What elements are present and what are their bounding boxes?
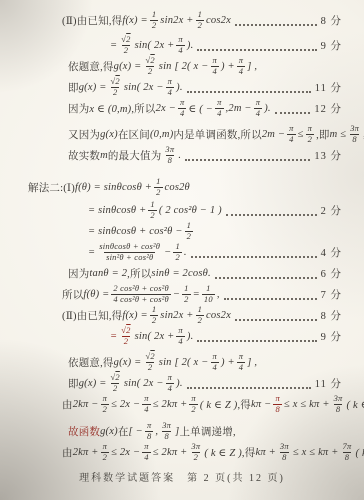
math-segment: ) + bbox=[221, 61, 235, 72]
fraction: 12 bbox=[154, 177, 162, 198]
fraction-denominator: 2 bbox=[150, 315, 158, 326]
fraction: √22 bbox=[109, 77, 122, 98]
text-segment: 因为 bbox=[68, 266, 89, 281]
math-segment: kπ + bbox=[255, 447, 275, 458]
fraction-denominator: 4 bbox=[211, 66, 219, 77]
dot-leader bbox=[191, 256, 317, 258]
score-label: 9 分 bbox=[321, 38, 342, 53]
fraction: π4 bbox=[176, 326, 184, 347]
math-segment: tanθ = 2 bbox=[89, 268, 127, 279]
fraction: √22 bbox=[119, 35, 132, 56]
document-page: (Ⅱ)由已知,得 f(x) = 12sin2x + 12cos2x 8 分= √… bbox=[0, 0, 364, 500]
math-segment: sin( 2x − bbox=[124, 378, 164, 389]
fraction-numerator: π bbox=[306, 124, 314, 134]
math-segment: ( k ∈ Z ) bbox=[355, 447, 364, 459]
fraction-denominator: 2 bbox=[182, 294, 190, 305]
fraction: √22 bbox=[109, 373, 122, 394]
dot-leader bbox=[224, 298, 317, 300]
fraction-numerator: √2 bbox=[119, 35, 132, 45]
fraction-denominator: 4 bbox=[215, 108, 223, 119]
answer-line: 依题意,得 g(x) = √22sin [ 2( x − π4) + π4] , bbox=[0, 56, 364, 77]
math-segment: [ − bbox=[129, 426, 143, 437]
dot-leader bbox=[187, 387, 311, 389]
fraction-numerator: 3π bbox=[348, 124, 361, 134]
fraction: 3π8 bbox=[332, 394, 345, 415]
score-label: 4 分 bbox=[321, 245, 342, 260]
math-segment: sin( 2x + bbox=[135, 40, 175, 51]
fraction-denominator: 8 bbox=[162, 431, 170, 442]
text-segment: 上单调递增, bbox=[179, 424, 235, 439]
math-segment: ≤ bbox=[298, 129, 304, 140]
fraction-denominator: 2 bbox=[189, 404, 197, 415]
dot-leader bbox=[235, 319, 317, 321]
fraction-numerator: π bbox=[101, 394, 109, 404]
fraction: π8 bbox=[273, 394, 281, 415]
math-segment: g(x) = bbox=[79, 378, 107, 389]
fraction-numerator: π bbox=[211, 352, 219, 362]
math-segment: ). bbox=[187, 40, 194, 51]
text-segment: 依题意,得 bbox=[68, 59, 114, 74]
math-segment: = bbox=[110, 331, 117, 342]
fraction-numerator: π bbox=[237, 56, 245, 66]
fraction-numerator: 2 cos²θ + cos²θ bbox=[111, 284, 170, 294]
fraction: π2 bbox=[101, 442, 109, 463]
fraction: π4 bbox=[178, 98, 186, 119]
score-label: 8 分 bbox=[321, 308, 342, 323]
fraction-denominator: 2 bbox=[196, 20, 204, 31]
score-label: 9 分 bbox=[321, 329, 342, 344]
fraction-numerator: √2 bbox=[109, 373, 122, 383]
score-label: 11 分 bbox=[315, 376, 342, 391]
dot-leader bbox=[226, 214, 317, 216]
text-segment: (Ⅱ)由已知,得 bbox=[62, 308, 122, 323]
fraction: sinθcosθ + cos²θsin²θ + cos²θ bbox=[97, 242, 162, 263]
fraction-numerator: π bbox=[237, 352, 245, 362]
fraction: π4 bbox=[166, 373, 174, 394]
math-segment: ≤ 2x − bbox=[111, 447, 140, 458]
fraction-denominator: 8 bbox=[343, 452, 351, 463]
math-segment: = bbox=[110, 40, 117, 51]
fraction-numerator: 1 bbox=[196, 10, 204, 20]
text-segment: 在区间 bbox=[118, 127, 150, 142]
math-segment: ≤ 2x − bbox=[111, 399, 140, 410]
score-label: 11 分 bbox=[315, 80, 342, 95]
fraction: √22 bbox=[143, 56, 156, 77]
text-segment: 依题意,得 bbox=[68, 355, 114, 370]
fraction-numerator: 1 bbox=[150, 10, 158, 20]
text-segment: 因为 bbox=[68, 101, 89, 116]
math-segment: ≤ 2kπ + bbox=[153, 447, 188, 458]
fraction: 12 bbox=[150, 10, 158, 31]
math-segment: , bbox=[217, 289, 220, 300]
fraction-denominator: 2 bbox=[306, 134, 314, 145]
dot-leader bbox=[197, 340, 316, 342]
fraction-numerator: π bbox=[166, 373, 174, 383]
text-segment: 故实数 bbox=[68, 148, 100, 163]
answer-line: 即 g(x) = √22sin( 2x − π4).11 分 bbox=[0, 373, 364, 394]
fraction-denominator: 4 bbox=[142, 404, 150, 415]
score-label: 6 分 bbox=[321, 266, 342, 281]
fraction-numerator: π bbox=[101, 442, 109, 452]
fraction: 3π8 bbox=[160, 421, 173, 442]
math-segment: sin( 2x + bbox=[135, 331, 175, 342]
math-segment: ). bbox=[187, 331, 194, 342]
dot-leader bbox=[235, 24, 317, 26]
fraction-numerator: π bbox=[145, 421, 153, 431]
fraction: 3π8 bbox=[348, 124, 361, 145]
math-segment: sin2x + bbox=[160, 15, 193, 26]
fraction: π4 bbox=[166, 77, 174, 98]
math-segment: x ∈ (0,m) bbox=[89, 103, 131, 115]
text-segment: ,所以 bbox=[127, 266, 151, 281]
fraction-numerator: sinθcosθ + cos²θ bbox=[97, 242, 162, 252]
answer-line: 由 2kπ + π2 ≤ 2x − π4 ≤ 2kπ + 3π2( k ∈ Z … bbox=[0, 442, 364, 463]
fraction-numerator: π bbox=[166, 77, 174, 87]
fraction-numerator: π bbox=[142, 442, 150, 452]
fraction: 12 bbox=[150, 305, 158, 326]
math-segment: ] , bbox=[247, 357, 257, 368]
footer-text: 理科数学试题答案 第 2 页(共 12 页) bbox=[79, 473, 285, 484]
answer-line: = sinθcosθ + cos²θ − 12 bbox=[0, 221, 364, 242]
fraction: 2 cos²θ + cos²θ4 cos²θ + cos²θ bbox=[111, 284, 170, 305]
math-segment: = bbox=[193, 289, 200, 300]
math-segment: f(x) = bbox=[122, 310, 147, 321]
fraction-denominator: 8 bbox=[280, 452, 288, 463]
text-segment: 的最大值为 bbox=[108, 148, 162, 163]
math-segment: kπ − bbox=[251, 399, 271, 410]
math-segment: m bbox=[100, 150, 108, 161]
fraction-numerator: π bbox=[189, 394, 197, 404]
math-segment: cos2x bbox=[206, 310, 231, 321]
answer-line: (Ⅱ)由已知,得 f(x) = 12sin2x + 12cos2x 8 分 bbox=[0, 10, 364, 31]
fraction-denominator: 2 bbox=[150, 20, 158, 31]
math-segment: = sinθcosθ + bbox=[88, 205, 146, 216]
text-segment: 由 bbox=[62, 445, 73, 460]
math-segment: m ≤ bbox=[330, 129, 347, 140]
fraction: √22 bbox=[143, 352, 156, 373]
fraction: 3π8 bbox=[163, 145, 176, 166]
math-segment: cos2θ bbox=[165, 182, 190, 193]
answer-line: 又因为 g(x)在区间(0,m)内是单调函数,所以 2m − π4 ≤ π2,即… bbox=[0, 124, 364, 145]
text-segment: ,得 bbox=[242, 445, 256, 460]
fraction-denominator: 2 bbox=[192, 452, 200, 463]
fraction: 7π8 bbox=[341, 442, 354, 463]
fraction: 12 bbox=[173, 242, 181, 263]
fraction-numerator: 1 bbox=[173, 242, 181, 252]
math-segment: ( k ∈ Z ) bbox=[200, 399, 238, 411]
fraction-numerator: 1 bbox=[196, 305, 204, 315]
fraction: π4 bbox=[237, 56, 245, 77]
fraction-denominator: 4 bbox=[142, 452, 150, 463]
fraction-denominator: 8 bbox=[145, 431, 153, 442]
fraction: 110 bbox=[202, 284, 215, 305]
fraction-numerator: 1 bbox=[148, 200, 156, 210]
fraction-denominator: 2 bbox=[122, 336, 130, 347]
fraction-numerator: 3π bbox=[160, 421, 173, 431]
math-segment: − bbox=[164, 247, 171, 258]
text-segment: 解法二:(Ⅰ) bbox=[28, 180, 75, 195]
fraction-denominator: 8 bbox=[273, 404, 281, 415]
fraction-denominator: 2 bbox=[122, 45, 130, 56]
text-segment: ,即 bbox=[316, 127, 330, 142]
math-segment: f(θ) = sinθcosθ + bbox=[75, 182, 152, 193]
math-segment: = sinθcosθ + cos²θ − bbox=[88, 226, 183, 237]
dot-leader bbox=[197, 49, 316, 51]
fraction-numerator: π bbox=[287, 124, 295, 134]
math-segment: ≤ 2kπ + bbox=[153, 399, 188, 410]
fraction-denominator: 2 bbox=[101, 452, 109, 463]
fraction: π4 bbox=[142, 442, 150, 463]
math-segment: − bbox=[173, 289, 180, 300]
text-segment: (Ⅱ)由已知,得 bbox=[62, 13, 122, 28]
score-label: 8 分 bbox=[321, 13, 342, 28]
text-segment: 在 bbox=[118, 424, 129, 439]
fraction-denominator: 4 bbox=[166, 383, 174, 394]
math-segment: ,2m − bbox=[226, 103, 252, 114]
answer-line: 由 2kπ − π2 ≤ 2x − π4 ≤ 2kπ + π2( k ∈ Z )… bbox=[0, 394, 364, 415]
score-label: 7 分 bbox=[321, 287, 342, 302]
math-segment: 2kπ + bbox=[73, 447, 99, 458]
text-segment: 即 bbox=[68, 376, 79, 391]
fraction-numerator: π bbox=[176, 326, 184, 336]
fraction: π4 bbox=[215, 98, 223, 119]
fraction-numerator: 3π bbox=[189, 442, 202, 452]
fraction-numerator: π bbox=[178, 98, 186, 108]
answer-line: 故实数 m 的最大值为3π8.13 分 bbox=[0, 145, 364, 166]
math-segment: ). bbox=[176, 82, 183, 93]
fraction-denominator: sin²θ + cos²θ bbox=[104, 252, 155, 263]
fraction-denominator: 2 bbox=[154, 187, 162, 198]
dot-leader bbox=[187, 91, 311, 93]
fraction: π2 bbox=[189, 394, 197, 415]
fraction: 3π2 bbox=[189, 442, 202, 463]
fraction-numerator: √2 bbox=[143, 56, 156, 66]
answer-line: = √22sin( 2x + π4).9 分 bbox=[0, 326, 364, 347]
fraction-denominator: 4 bbox=[287, 134, 295, 145]
fraction-numerator: 1 bbox=[204, 284, 212, 294]
fraction-numerator: π bbox=[254, 98, 262, 108]
fraction-denominator: 4 bbox=[211, 362, 219, 373]
fraction-denominator: 2 bbox=[148, 210, 156, 221]
fraction-numerator: π bbox=[273, 394, 281, 404]
math-segment: g(x) bbox=[100, 426, 118, 437]
fraction-numerator: π bbox=[142, 394, 150, 404]
fraction-numerator: 3π bbox=[163, 145, 176, 155]
fraction-denominator: 4 bbox=[237, 362, 245, 373]
math-segment: = bbox=[88, 247, 95, 258]
text-segment: 内是单调函数,所以 bbox=[173, 127, 261, 142]
fraction: 12 bbox=[196, 10, 204, 31]
fraction-denominator: 8 bbox=[350, 134, 358, 145]
text-segment: 由 bbox=[62, 397, 73, 412]
math-segment: 2m − bbox=[262, 129, 285, 140]
math-segment: ≤ x ≤ kπ + bbox=[284, 399, 330, 410]
fraction-denominator: 2 bbox=[111, 87, 119, 98]
math-segment: sin2x + bbox=[160, 310, 193, 321]
fraction-numerator: π bbox=[215, 98, 223, 108]
fraction-denominator: 4 bbox=[176, 336, 184, 347]
math-segment: sin( 2x − bbox=[124, 82, 164, 93]
fraction-numerator: √2 bbox=[109, 77, 122, 87]
math-segment: ≤ x ≤ kπ + bbox=[293, 447, 339, 458]
math-segment: ). bbox=[264, 103, 271, 114]
text-segment: ,所以 bbox=[131, 101, 155, 116]
answer-line: (Ⅱ)由已知,得 f(x) = 12sin2x + 12cos2x 8 分 bbox=[0, 305, 364, 326]
math-segment: sin [ 2( x − bbox=[159, 61, 209, 72]
fraction-denominator: 2 bbox=[101, 404, 109, 415]
answer-line: = √22sin( 2x + π4).9 分 bbox=[0, 35, 364, 56]
answer-line: 因为 x ∈ (0,m),所以 2x − π4 ∈ ( − π4,2m − π4… bbox=[0, 98, 364, 119]
fraction: π4 bbox=[287, 124, 295, 145]
fraction-denominator: 2 bbox=[185, 231, 193, 242]
fraction: 12 bbox=[185, 221, 193, 242]
math-segment: g(x) bbox=[100, 129, 118, 140]
math-segment: . bbox=[178, 150, 181, 161]
answer-line: 因为 tanθ = 2,所以 sinθ = 2cosθ.6 分 bbox=[0, 263, 364, 284]
math-segment: sinθ = 2cosθ. bbox=[151, 268, 210, 279]
math-segment: f(x) = bbox=[122, 15, 147, 26]
math-segment: g(x) = bbox=[114, 61, 142, 72]
fraction-denominator: 2 bbox=[146, 362, 154, 373]
math-segment: ( 2 cos²θ − 1 ) bbox=[159, 205, 222, 216]
fraction: π4 bbox=[142, 394, 150, 415]
math-segment: ∈ ( − bbox=[188, 103, 213, 115]
fraction-denominator: 2 bbox=[146, 66, 154, 77]
dot-leader bbox=[185, 159, 310, 161]
answer-line: 依题意,得 g(x) = √22sin [ 2( x − π4) + π4] , bbox=[0, 352, 364, 373]
fraction: √22 bbox=[119, 326, 132, 347]
math-segment: g(x) = bbox=[114, 357, 142, 368]
fraction-numerator: √2 bbox=[143, 352, 156, 362]
fraction-numerator: √2 bbox=[119, 326, 132, 336]
text-segment: 所以 bbox=[62, 287, 83, 302]
fraction-numerator: 1 bbox=[182, 284, 190, 294]
fraction: π4 bbox=[254, 98, 262, 119]
answer-line: 故函数 g(x)在[ − π8,3π8]上单调递增, bbox=[0, 421, 364, 442]
fraction: 12 bbox=[182, 284, 190, 305]
answer-line: 解法二:(Ⅰ)f(θ) = sinθcosθ + 12cos2θ bbox=[0, 177, 364, 198]
fraction: π4 bbox=[211, 56, 219, 77]
fraction-numerator: π bbox=[211, 56, 219, 66]
text-segment: 即 bbox=[68, 80, 79, 95]
answer-line: = sinθcosθ + cos²θsin²θ + cos²θ − 12.4 分 bbox=[0, 242, 364, 263]
math-segment: ] , bbox=[247, 61, 257, 72]
fraction-numerator: 1 bbox=[185, 221, 193, 231]
text-segment: 故函数 bbox=[68, 424, 100, 439]
math-segment: 2x − bbox=[156, 103, 176, 114]
page-footer: 理科数学试题答案 第 2 页(共 12 页) bbox=[0, 469, 364, 484]
fraction: π4 bbox=[211, 352, 219, 373]
score-label: 12 分 bbox=[314, 101, 342, 116]
math-segment: sin [ 2( x − bbox=[159, 357, 209, 368]
answer-line: 即 g(x) = √22sin( 2x − π4).11 分 bbox=[0, 77, 364, 98]
fraction-denominator: 4 bbox=[176, 45, 184, 56]
fraction: π2 bbox=[306, 124, 314, 145]
fraction-denominator: 4 cos²θ + cos²θ bbox=[111, 294, 170, 305]
math-segment: . bbox=[184, 247, 187, 258]
score-label: 2 分 bbox=[321, 203, 342, 218]
math-segment: f(θ) = bbox=[83, 289, 109, 300]
text-segment: 又因为 bbox=[68, 127, 100, 142]
math-segment: ) + bbox=[221, 357, 235, 368]
fraction-denominator: 4 bbox=[166, 87, 174, 98]
fraction-denominator: 8 bbox=[166, 155, 174, 166]
fraction-denominator: 4 bbox=[237, 66, 245, 77]
answer-line: = sinθcosθ + 12( 2 cos²θ − 1 )2 分 bbox=[0, 200, 364, 221]
math-segment: (0,m) bbox=[150, 129, 173, 140]
fraction: π2 bbox=[101, 394, 109, 415]
score-label: 13 分 bbox=[314, 148, 342, 163]
answer-line: 所以 f(θ) = 2 cos²θ + cos²θ4 cos²θ + cos²θ… bbox=[0, 284, 364, 305]
fraction-denominator: 2 bbox=[173, 252, 181, 263]
fraction-numerator: 3π bbox=[278, 442, 291, 452]
fraction-numerator: π bbox=[176, 35, 184, 45]
fraction-denominator: 2 bbox=[111, 383, 119, 394]
math-segment: , bbox=[155, 426, 158, 437]
fraction-denominator: 4 bbox=[254, 108, 262, 119]
fraction: π4 bbox=[176, 35, 184, 56]
math-segment: ). bbox=[176, 378, 183, 389]
fraction-denominator: 4 bbox=[178, 108, 186, 119]
fraction: 12 bbox=[148, 200, 156, 221]
fraction-numerator: 3π bbox=[332, 394, 345, 404]
dot-leader bbox=[215, 277, 317, 279]
fraction-denominator: 8 bbox=[334, 404, 342, 415]
fraction: π4 bbox=[237, 352, 245, 373]
fraction-numerator: 1 bbox=[150, 305, 158, 315]
math-segment: cos2x bbox=[206, 15, 231, 26]
fraction-denominator: 2 bbox=[196, 315, 204, 326]
fraction-denominator: 10 bbox=[202, 294, 215, 305]
math-segment: g(x) = bbox=[79, 82, 107, 93]
answer-lines: (Ⅱ)由已知,得 f(x) = 12sin2x + 12cos2x 8 分= √… bbox=[0, 0, 364, 463]
fraction: 12 bbox=[196, 305, 204, 326]
fraction: π8 bbox=[145, 421, 153, 442]
math-segment: ( k ∈ Z ) bbox=[347, 399, 364, 411]
fraction-numerator: 1 bbox=[154, 177, 162, 187]
math-segment: ( k ∈ Z ) bbox=[204, 447, 242, 459]
math-segment: 2kπ − bbox=[73, 399, 99, 410]
dot-leader bbox=[275, 112, 311, 114]
fraction: 3π8 bbox=[278, 442, 291, 463]
text-segment: ,得 bbox=[237, 397, 251, 412]
fraction-numerator: 7π bbox=[341, 442, 354, 452]
